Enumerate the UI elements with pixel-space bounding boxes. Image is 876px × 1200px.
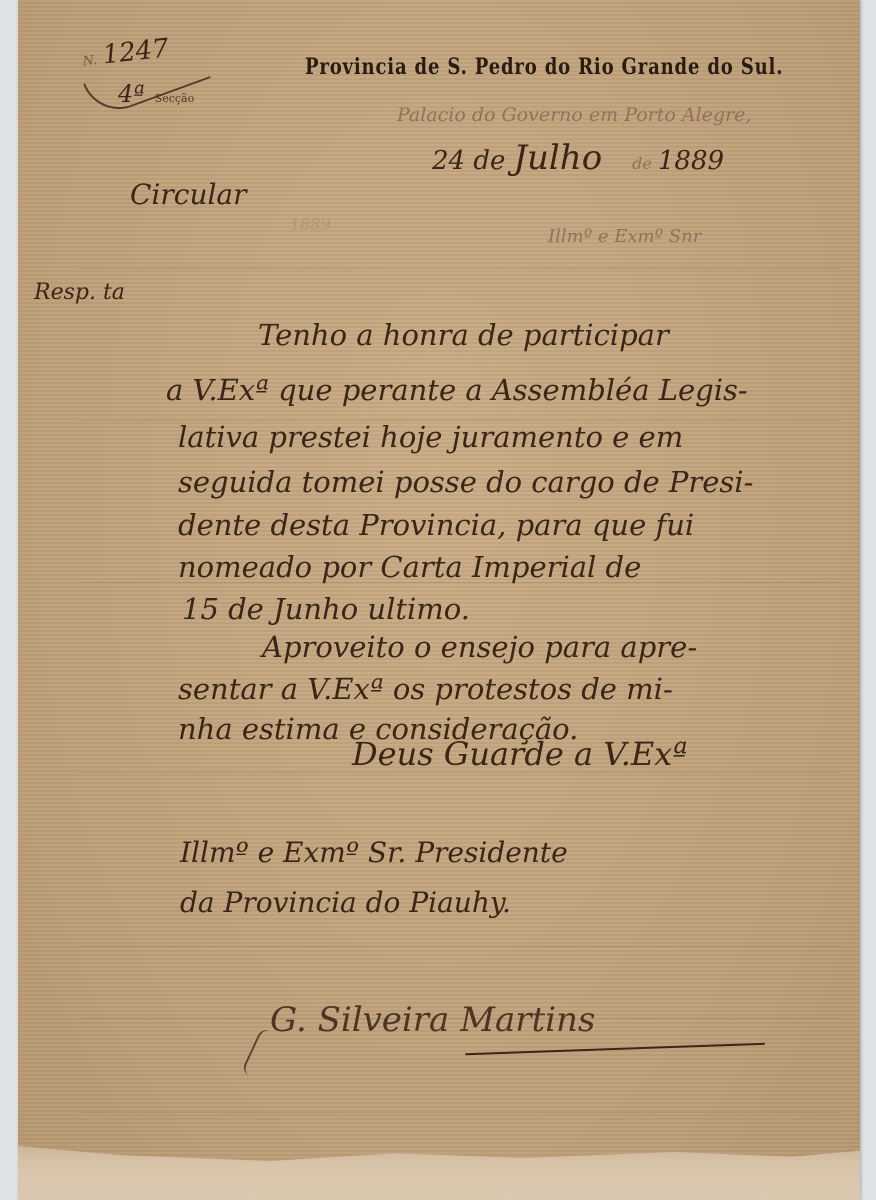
body-line: sentar a V.Exª os protestos de mi-: [178, 672, 673, 706]
body-line: dente desta Provincia, para que fui: [178, 508, 694, 542]
ruled-line: [78, 268, 840, 269]
signature: G. Silveira Martins: [270, 1000, 595, 1040]
ruled-line: [78, 1112, 840, 1113]
ruled-line: [78, 946, 840, 947]
letterhead: Provincia de S. Pedro do Rio Grande do S…: [305, 54, 783, 80]
body-line: a V.Exª que perante a Assembléa Legis-: [166, 373, 748, 407]
closing-line: Deus Guarde a V.Exª: [352, 735, 687, 773]
body-line: 15 de Junho ultimo.: [182, 592, 470, 626]
place-line: Palacio do Governo em Porto Alegre,: [397, 104, 751, 126]
paper-wear: [18, 1140, 860, 1200]
margin-note: Resp. ta: [34, 280, 125, 305]
salutation: Illmº e Exmº Snr: [548, 226, 701, 247]
section-number: 4ªSecção: [118, 80, 194, 108]
body-line: Tenho a honra de participar: [258, 318, 669, 352]
body-line: seguida tomei posse do cargo de Presi-: [178, 465, 753, 499]
faint-stamp: 1889: [290, 215, 331, 234]
body-line: Aproveito o ensejo para apre-: [262, 630, 697, 664]
body-line: lativa prestei hoje juramento e em: [178, 420, 683, 454]
addressee-line: da Provincia do Piauhy.: [180, 878, 568, 928]
heading-circular: Circular: [130, 178, 247, 211]
date-line: 24 deJulhode1889: [432, 138, 724, 178]
body-line: nomeado por Carta Imperial de: [178, 550, 641, 584]
addressee-line: Illmº e Exmº Sr. Presidente: [180, 828, 568, 878]
addressee-block: Illmº e Exmº Sr. Presidente da Provincia…: [180, 828, 568, 928]
